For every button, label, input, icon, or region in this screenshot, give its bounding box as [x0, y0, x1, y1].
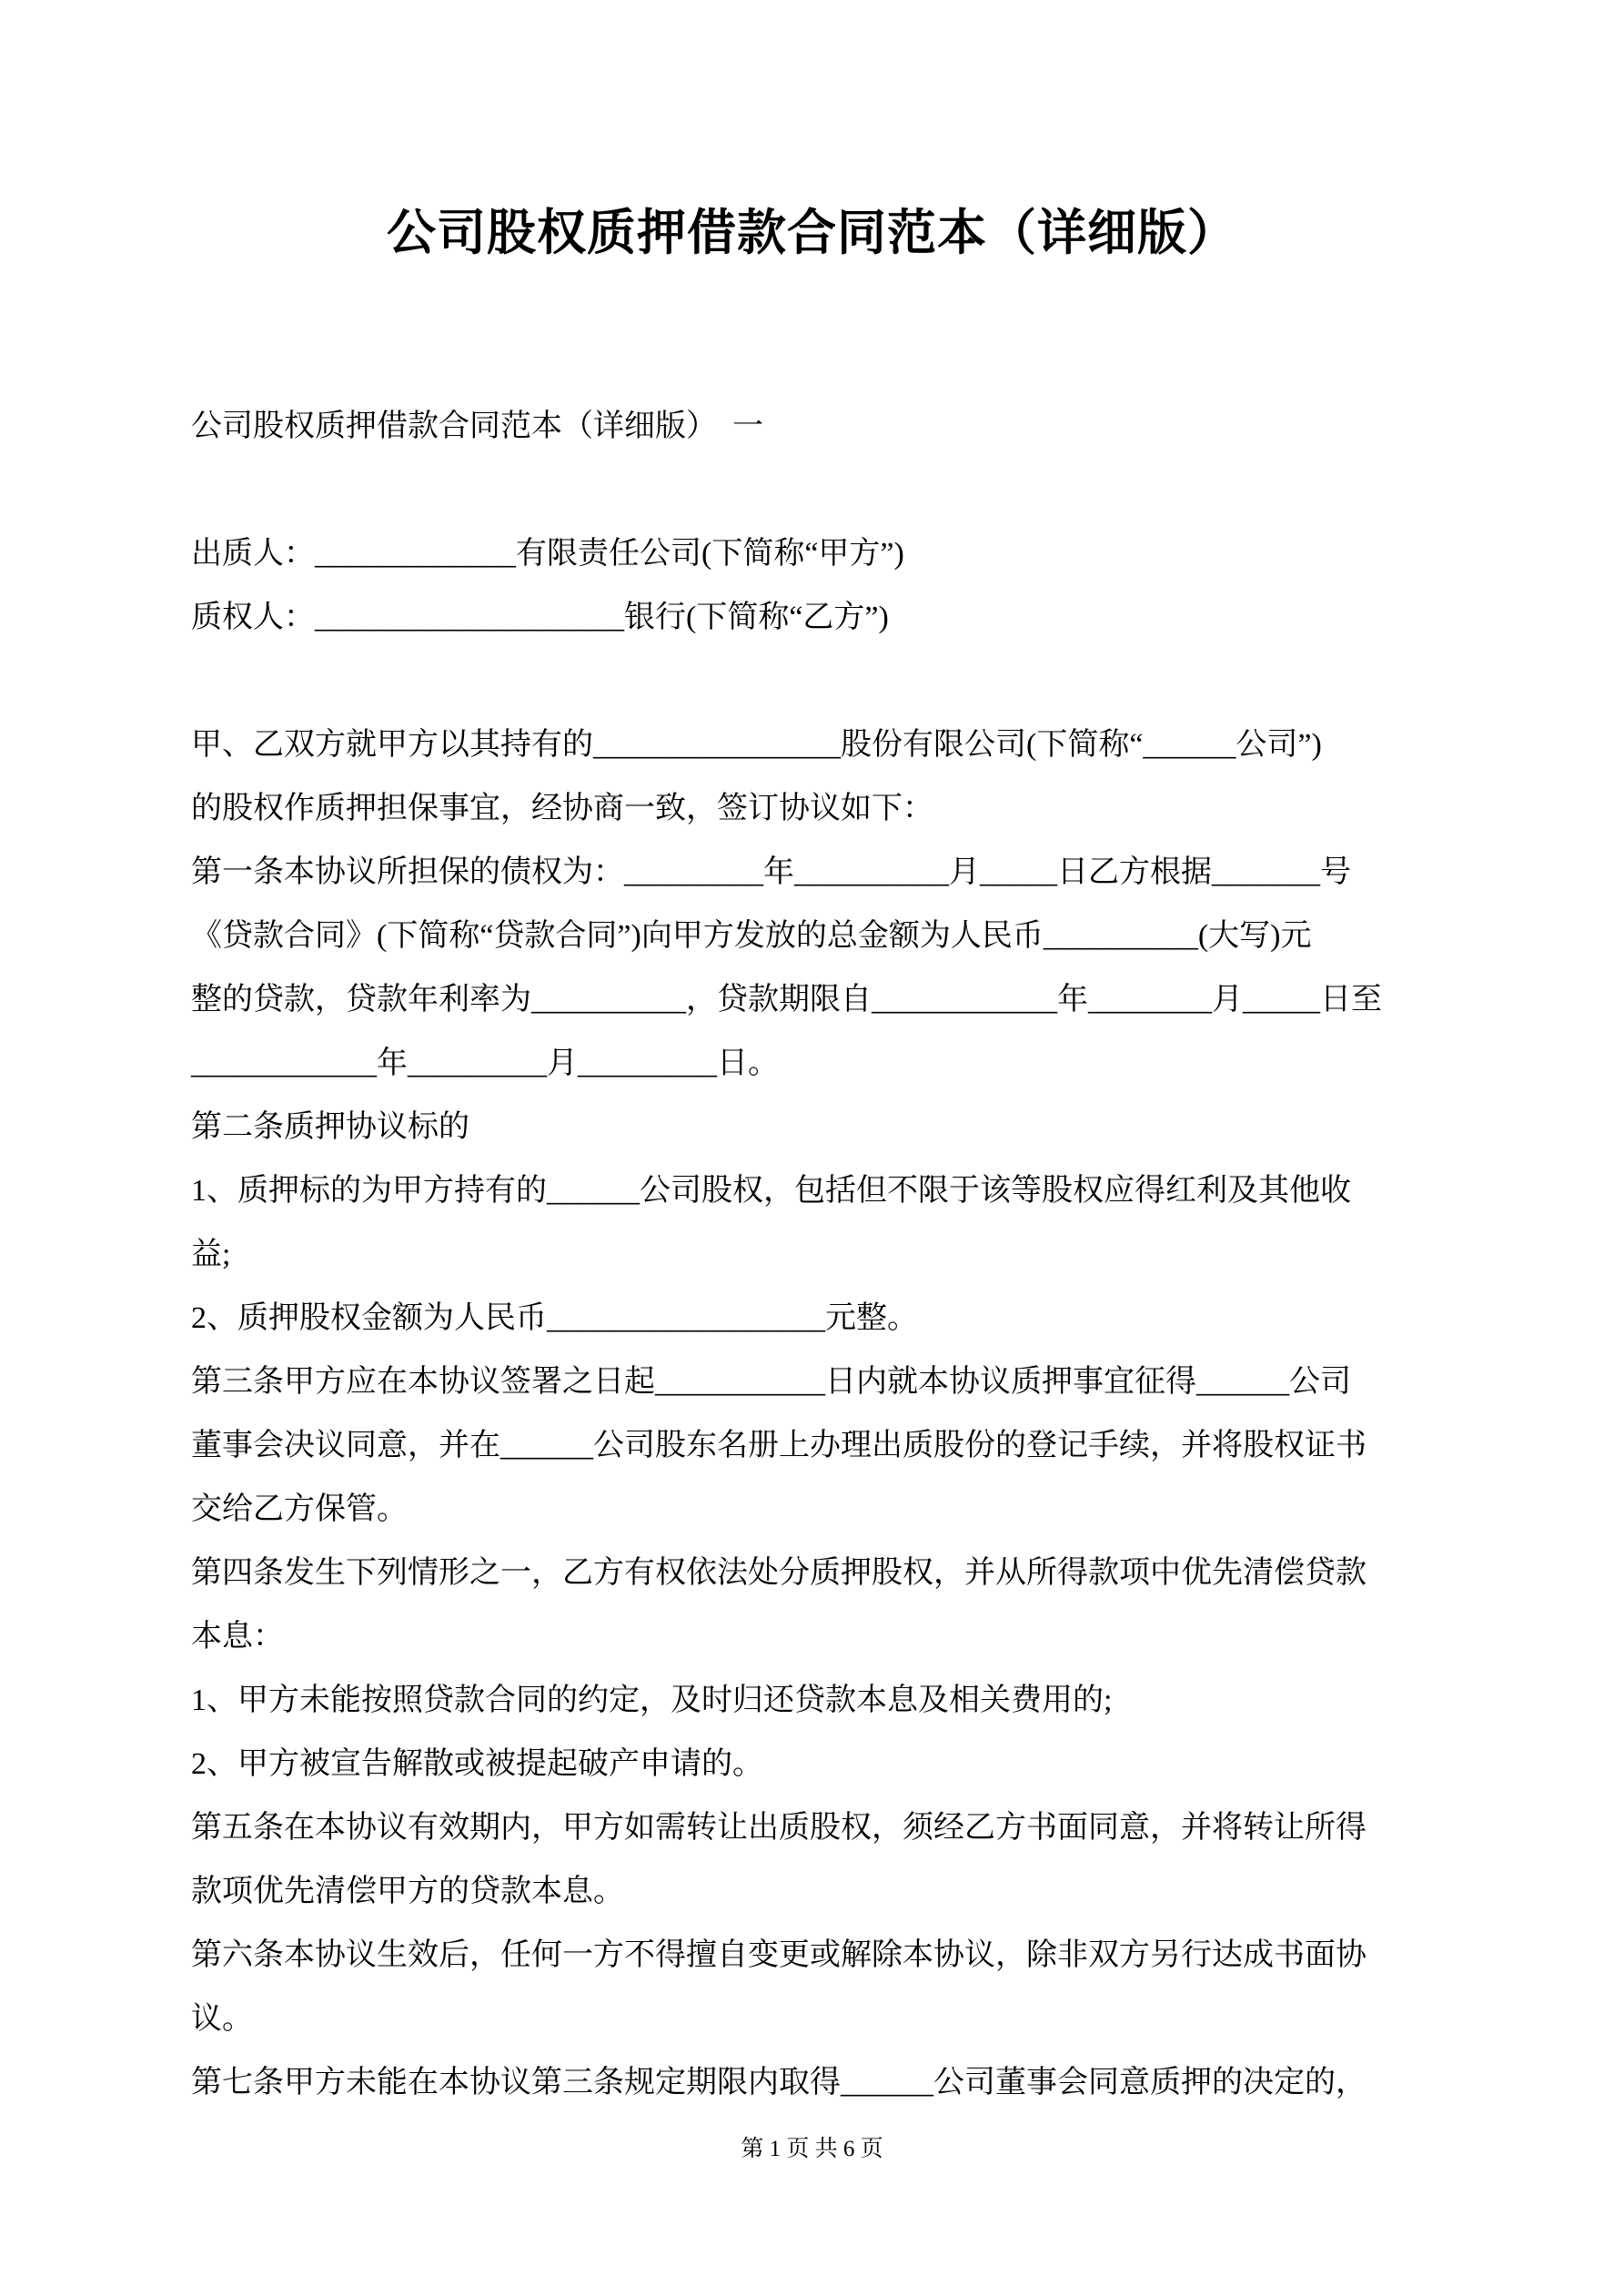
- contract-body: 公司股权质押借款合同范本（详细版） 一出质人：_____________有限责任…: [0, 395, 1624, 2115]
- contract-line: 交给乙方保管。: [191, 1478, 1492, 1542]
- contract-line: 议。: [191, 1988, 1492, 2051]
- contract-line: 第七条甲方未能在本协议第三条规定期限内取得______公司董事会同意质押的决定的…: [191, 2051, 1492, 2115]
- contract-line: 1、质押标的为甲方持有的______公司股权，包括但不限于该等股权应得红利及其他…: [191, 1159, 1492, 1223]
- contract-line: 1、甲方未能按照贷款合同的约定，及时归还贷款本息及相关费用的;: [191, 1669, 1492, 1733]
- contract-line: 出质人：_____________有限责任公司(下简称“甲方”): [191, 522, 1492, 586]
- contract-line: 益;: [191, 1223, 1492, 1287]
- contract-line: 董事会决议同意，并在______公司股东名册上办理出质股份的登记手续，并将股权证…: [191, 1414, 1492, 1478]
- blank-line: [191, 459, 1492, 522]
- contract-line: 《贷款合同》(下简称“贷款合同”)向甲方发放的总金额为人民币__________…: [191, 905, 1492, 968]
- document-page: 公司股权质押借款合同范本（详细版） 公司股权质押借款合同范本（详细版） 一出质人…: [0, 0, 1624, 2296]
- contract-line: 第三条甲方应在本协议签署之日起___________日内就本协议质押事宜征得__…: [191, 1350, 1492, 1414]
- contract-line: ____________年_________月_________日。: [191, 1032, 1492, 1096]
- page-number-footer: 第 1 页 共 6 页: [0, 2135, 1624, 2164]
- contract-line: 公司股权质押借款合同范本（详细版） 一: [191, 395, 1492, 459]
- contract-line: 的股权作质押担保事宜，经协商一致，签订协议如下：: [191, 777, 1492, 841]
- contract-line: 整的贷款，贷款年利率为__________，贷款期限自____________年…: [191, 968, 1492, 1032]
- contract-line: 款项优先清偿甲方的贷款本息。: [191, 1860, 1492, 1924]
- contract-line: 本息：: [191, 1605, 1492, 1669]
- contract-line: 质权人：____________________银行(下简称“乙方”): [191, 586, 1492, 650]
- blank-line: [191, 650, 1492, 713]
- contract-line: 第六条本协议生效后，任何一方不得擅自变更或解除本协议，除非双方另行达成书面协: [191, 1924, 1492, 1988]
- contract-line: 第五条在本协议有效期内，甲方如需转让出质股权，须经乙方书面同意，并将转让所得: [191, 1796, 1492, 1860]
- contract-line: 第一条本协议所担保的债权为：_________年__________月_____…: [191, 841, 1492, 905]
- contract-line: 甲、乙双方就甲方以其持有的________________股份有限公司(下简称“…: [191, 713, 1492, 777]
- contract-line: 第二条质押协议标的: [191, 1096, 1492, 1159]
- document-title: 公司股权质押借款合同范本（详细版）: [0, 0, 1624, 260]
- contract-line: 第四条发生下列情形之一，乙方有权依法处分质押股权，并从所得款项中优先清偿贷款: [191, 1542, 1492, 1605]
- contract-line: 2、质押股权金额为人民币__________________元整。: [191, 1287, 1492, 1350]
- contract-line: 2、甲方被宣告解散或被提起破产申请的。: [191, 1733, 1492, 1796]
